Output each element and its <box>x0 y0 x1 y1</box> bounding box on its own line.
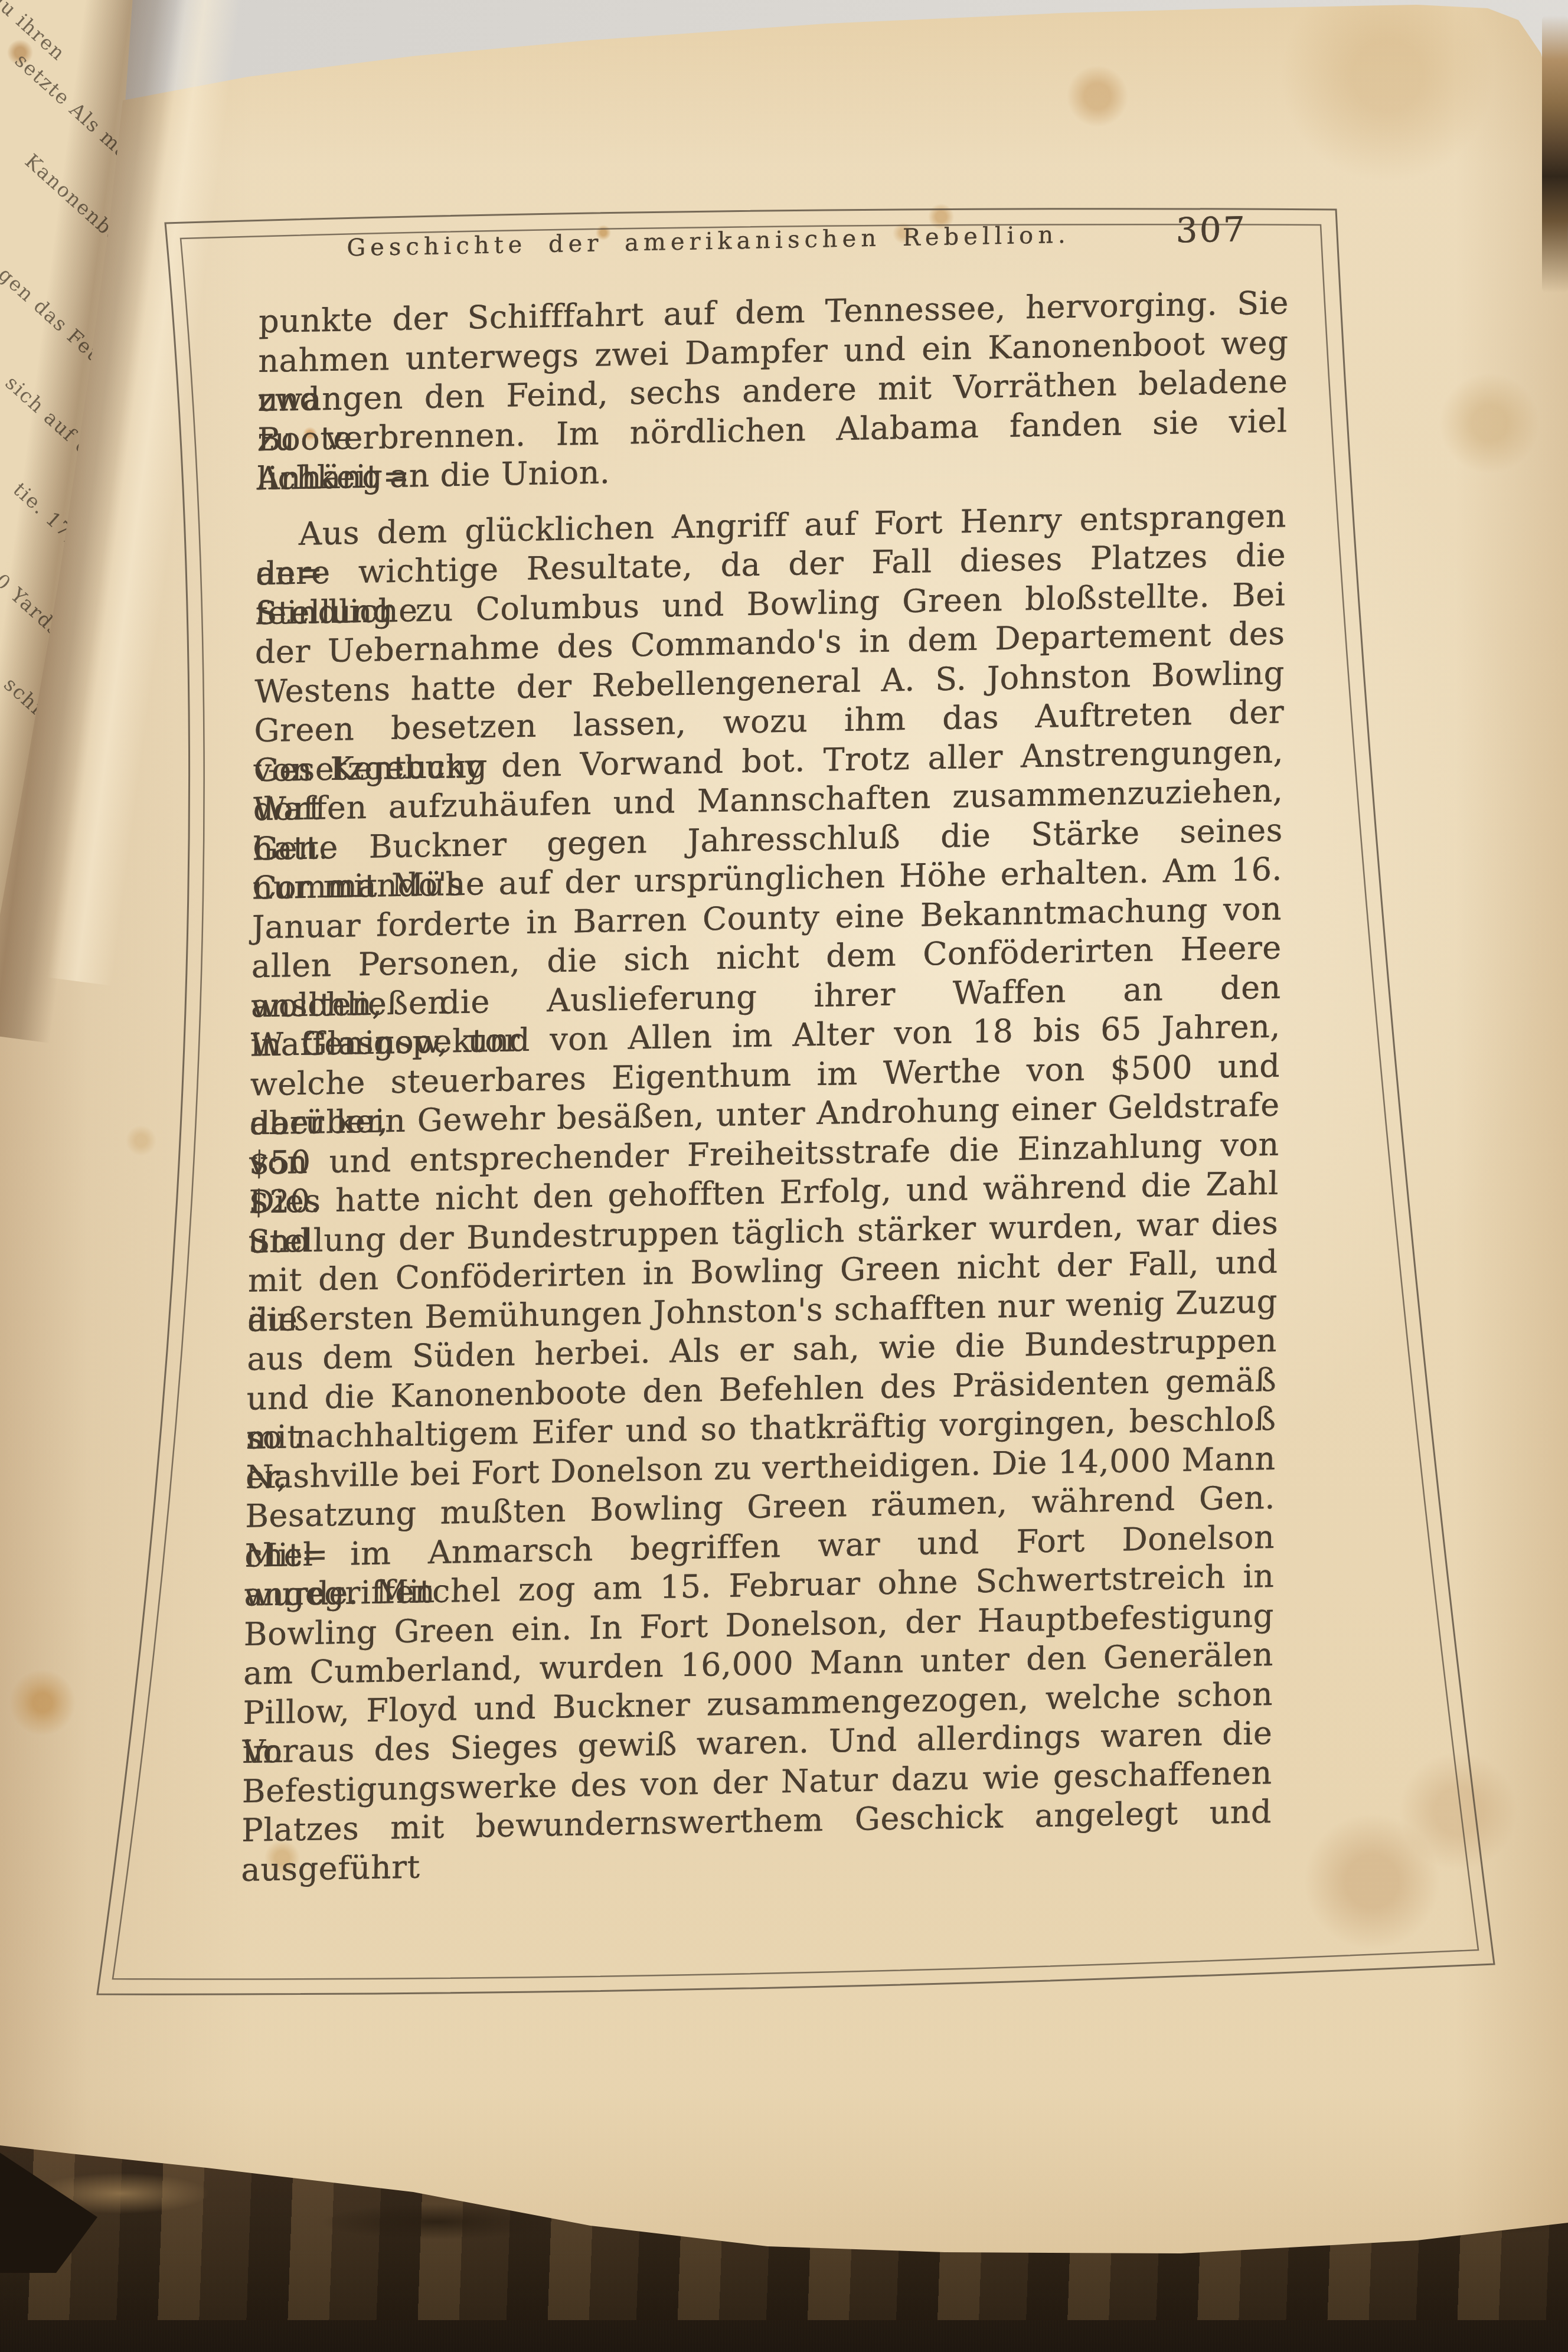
photo-of-book-page: du ihrensetzte Als man dieKanonenboote d… <box>0 0 1568 2352</box>
page-number: 307 <box>1175 209 1246 250</box>
page-text: Geschichte der amerikanischen Rebellion.… <box>241 214 1290 1851</box>
body-text: punkte der Schifffahrt auf dem Tennessee… <box>241 283 1289 1850</box>
